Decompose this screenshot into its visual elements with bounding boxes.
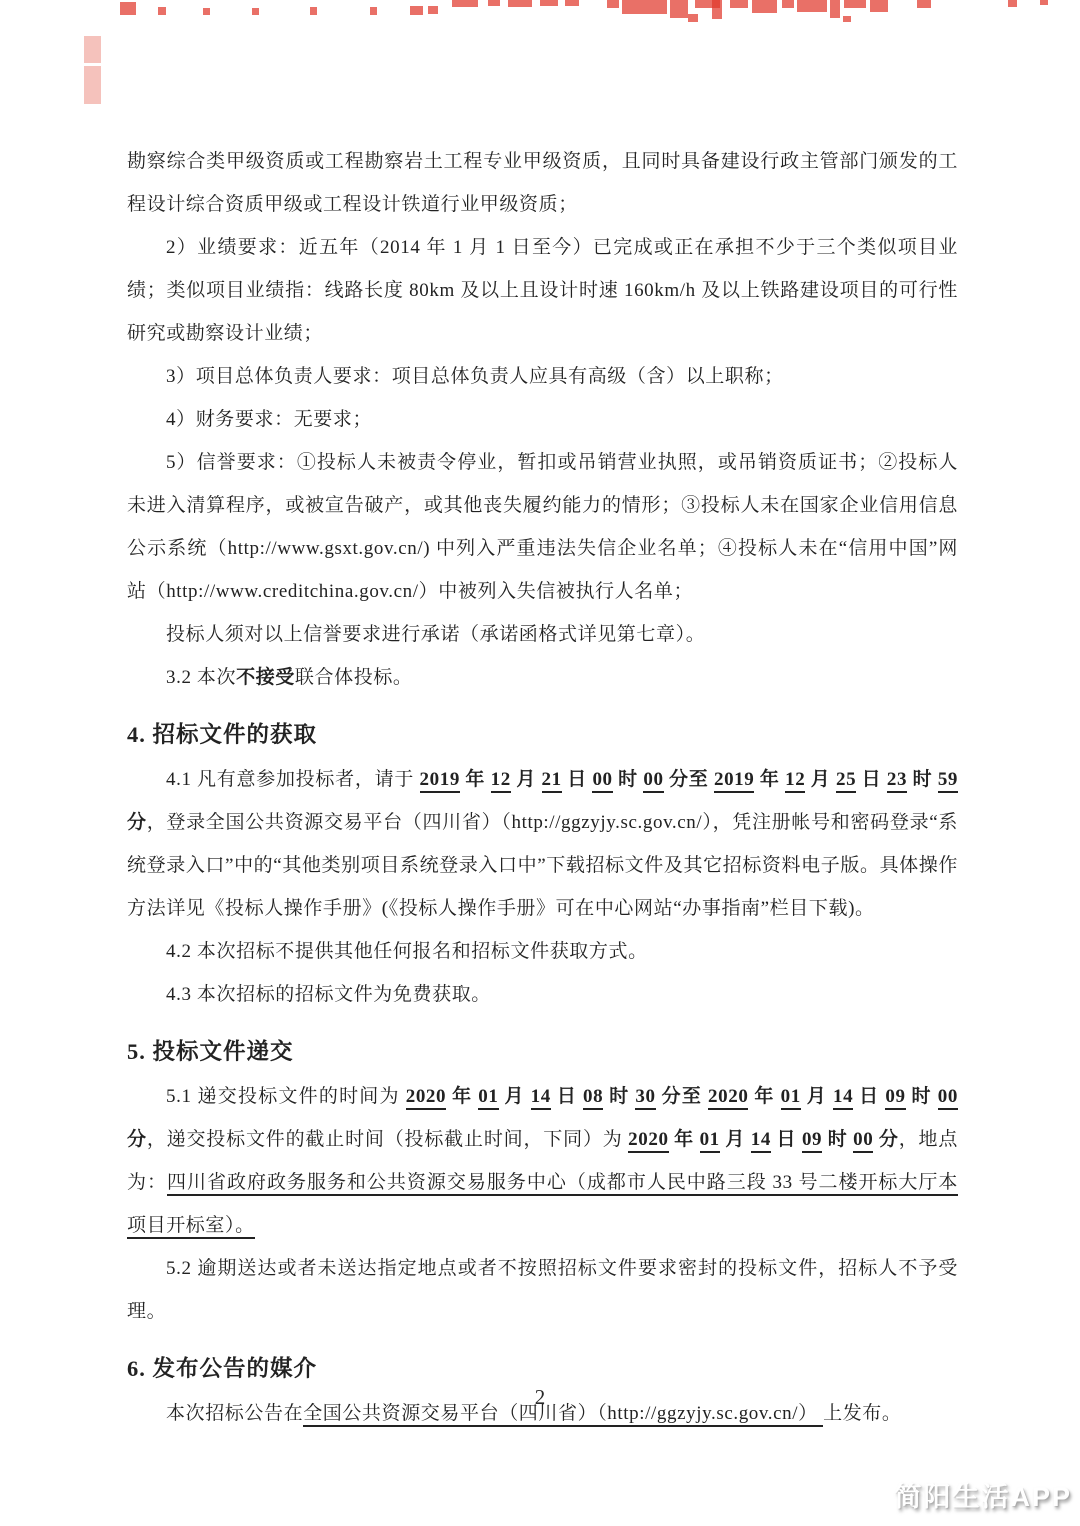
filled-blank-value: 01 xyxy=(478,1086,498,1110)
red-mark xyxy=(622,0,667,14)
filled-blank-value: 25 xyxy=(836,769,856,793)
filled-blank-value: 21 xyxy=(542,769,562,793)
filled-blank-value: 01 xyxy=(700,1129,720,1153)
para-5-2-late-delivery: 5.2 逾期送达或者未送达指定地点或者不按照招标文件要求密封的投标文件，招标人不… xyxy=(127,1247,958,1333)
text-run: 月 xyxy=(801,1086,833,1107)
document-body: 勘察综合类甲级资质或工程勘察岩土工程专业甲级资质，且同时具备建设行政主管部门颁发… xyxy=(127,140,958,1435)
red-mark xyxy=(120,2,136,15)
text-run: 月 xyxy=(720,1129,751,1150)
filled-blank-value: 14 xyxy=(751,1129,771,1153)
para-no-consortium: 3.2 本次不接受联合体投标。 xyxy=(127,656,958,699)
filled-blank-value: 08 xyxy=(583,1086,603,1110)
red-mark xyxy=(688,14,698,22)
underlined-text: 四川省政府政务服务和公共资源交易服务中心（成都市人民中路三段 33 号二楼开标大… xyxy=(127,1172,958,1239)
filled-blank-value: 30 xyxy=(635,1086,655,1110)
text-run: 月 xyxy=(499,1086,531,1107)
red-mark xyxy=(752,0,777,13)
red-mark xyxy=(844,0,866,8)
text-run: 3）项目总体负责人要求：项目总体负责人应具有高级（含）以上职称； xyxy=(166,366,784,387)
para-4-3-free-of-charge: 4.3 本次招标的招标文件为免费获取。 xyxy=(127,973,958,1016)
text-run: 联合体投标。 xyxy=(295,667,413,688)
text-run: 年 xyxy=(446,1086,478,1107)
para-qualification-continued: 勘察综合类甲级资质或工程勘察岩土工程专业甲级资质，且同时具备建设行政主管部门颁发… xyxy=(127,140,958,226)
filled-blank-value: 00 xyxy=(592,769,612,793)
text-run: 年 xyxy=(748,1086,780,1107)
text-run: 年 xyxy=(754,769,785,790)
text-run: 不接受 xyxy=(236,667,295,688)
text-run: 4. 招标文件的获取 xyxy=(127,722,317,747)
filled-blank-value: 2020 xyxy=(406,1086,446,1110)
heading-section-6: 6. 发布公告的媒介 xyxy=(127,1347,958,1390)
red-mark xyxy=(870,0,888,12)
text-run: 日 xyxy=(856,769,887,790)
text-run: 时 xyxy=(613,769,644,790)
filled-blank-value: 09 xyxy=(885,1086,905,1110)
red-mark xyxy=(565,0,579,6)
red-mark xyxy=(1040,0,1048,5)
text-run: 分至 xyxy=(656,1086,708,1107)
red-mark xyxy=(84,36,101,63)
red-mark xyxy=(508,0,532,7)
text-run: 分 xyxy=(873,1129,898,1150)
para-credit-commitment: 投标人须对以上信誉要求进行承诺（承诺函格式详见第七章）。 xyxy=(127,613,958,656)
filled-blank-value: 00 xyxy=(853,1129,873,1153)
text-run: 月 xyxy=(511,769,542,790)
red-mark xyxy=(830,0,840,18)
red-mark xyxy=(252,8,259,15)
text-run: 2）业绩要求：近五年（2014 年 1 月 1 日至今）已完成或正在承担不少于三… xyxy=(127,237,958,344)
heading-section-5: 5. 投标文件递交 xyxy=(127,1030,958,1073)
red-mark xyxy=(712,0,722,19)
text-run: 4.3 本次招标的招标文件为免费获取。 xyxy=(166,984,491,1005)
red-mark xyxy=(84,66,101,104)
filled-blank-value: 14 xyxy=(531,1086,551,1110)
red-mark xyxy=(203,8,210,15)
filled-blank-value: 12 xyxy=(491,769,511,793)
filled-blank-value: 00 xyxy=(938,1086,958,1110)
text-run: 日 xyxy=(551,1086,583,1107)
filled-blank-value: 2020 xyxy=(708,1086,748,1110)
filled-blank-value: 00 xyxy=(643,769,663,793)
filled-blank-value: 2020 xyxy=(628,1129,668,1153)
text-run: 分 xyxy=(127,812,147,833)
text-run: 4）财务要求：无要求； xyxy=(166,409,372,430)
red-mark xyxy=(797,0,827,12)
filled-blank-value: 12 xyxy=(785,769,805,793)
para-4-2-no-other-way: 4.2 本次招标不提供其他任何报名和招标文件获取方式。 xyxy=(127,930,958,973)
red-mark xyxy=(158,7,166,15)
red-mark xyxy=(1008,0,1017,7)
red-mark xyxy=(428,6,438,14)
para-5-1-submission-time: 5.1 递交投标文件的时间为 2020 年 01 月 14 日 08 时 30 … xyxy=(127,1075,958,1247)
text-run: 3.2 本次 xyxy=(166,667,236,688)
text-run: 4.1 凡有意参加投标者，请于 xyxy=(166,769,420,790)
text-run: 分至 xyxy=(664,769,714,790)
red-mark xyxy=(452,0,478,7)
text-run: 5.1 递交投标文件的时间为 xyxy=(166,1086,406,1107)
heading-section-4: 4. 招标文件的获取 xyxy=(127,713,958,756)
text-run: 勘察综合类甲级资质或工程勘察岩土工程专业甲级资质，且同时具备建设行政主管部门颁发… xyxy=(127,151,958,215)
text-run: 5）信誉要求：①投标人未被责令停业，暂扣或吊销营业执照，或吊销资质证书；②投标人… xyxy=(127,452,958,602)
text-run: 日 xyxy=(771,1129,802,1150)
text-run: 分 xyxy=(127,1129,147,1150)
text-run: 5. 投标文件递交 xyxy=(127,1039,294,1064)
red-mark xyxy=(410,6,423,15)
text-run: 年 xyxy=(460,769,491,790)
red-mark xyxy=(370,7,377,15)
text-run: 4.2 本次招标不提供其他任何报名和招标文件获取方式。 xyxy=(166,941,648,962)
red-mark xyxy=(540,0,558,6)
para-credit-requirement: 5）信誉要求：①投标人未被责令停业，暂扣或吊销营业执照，或吊销资质证书；②投标人… xyxy=(127,441,958,613)
text-run: 时 xyxy=(822,1129,853,1150)
red-mark xyxy=(607,0,619,8)
text-run: 月 xyxy=(805,769,836,790)
text-run: 5.2 逾期送达或者未送达指定地点或者不按照招标文件要求密封的投标文件，招标人不… xyxy=(127,1258,958,1322)
red-mark xyxy=(843,16,851,22)
filled-blank-value: 2019 xyxy=(420,769,460,793)
para-performance-requirement: 2）业绩要求：近五年（2014 年 1 月 1 日至今）已完成或正在承担不少于三… xyxy=(127,226,958,355)
filled-blank-value: 59 xyxy=(938,769,958,793)
para-project-leader-requirement: 3）项目总体负责人要求：项目总体负责人应具有高级（含）以上职称； xyxy=(127,355,958,398)
watermark-jianyang-life-app: 简阳生活APP xyxy=(894,1475,1072,1514)
text-run: 时 xyxy=(906,1086,938,1107)
text-run: 时 xyxy=(907,769,938,790)
scanned-tender-document-page: { "page": { "number": "2", "watermark": … xyxy=(0,0,1080,1526)
page-number: 2 xyxy=(0,1385,1080,1410)
red-mark xyxy=(310,7,317,15)
filled-blank-value: 01 xyxy=(781,1086,801,1110)
filled-blank-value: 23 xyxy=(887,769,907,793)
para-4-1-obtain-documents: 4.1 凡有意参加投标者，请于 2019 年 12 月 21 日 00 时 00… xyxy=(127,758,958,930)
text-run: 投标人须对以上信誉要求进行承诺（承诺函格式详见第七章）。 xyxy=(166,624,705,645)
red-mark xyxy=(917,0,931,8)
text-run: 6. 发布公告的媒介 xyxy=(127,1356,317,1381)
red-mark xyxy=(670,0,688,18)
text-run: ，递交投标文件的截止时间（投标截止时间，下同）为 xyxy=(147,1129,628,1150)
red-mark xyxy=(782,0,794,8)
para-finance-requirement: 4）财务要求：无要求； xyxy=(127,398,958,441)
text-run: 时 xyxy=(603,1086,635,1107)
red-mark xyxy=(730,0,748,8)
text-run: 年 xyxy=(669,1129,700,1150)
red-mark xyxy=(488,0,500,6)
text-run: ，登录全国公共资源交易平台（四川省）（http://ggzyjy.sc.gov.… xyxy=(127,812,958,919)
filled-blank-value: 14 xyxy=(833,1086,853,1110)
text-run: 日 xyxy=(562,769,593,790)
filled-blank-value: 09 xyxy=(802,1129,822,1153)
filled-blank-value: 2019 xyxy=(714,769,754,793)
text-run: 日 xyxy=(853,1086,885,1107)
